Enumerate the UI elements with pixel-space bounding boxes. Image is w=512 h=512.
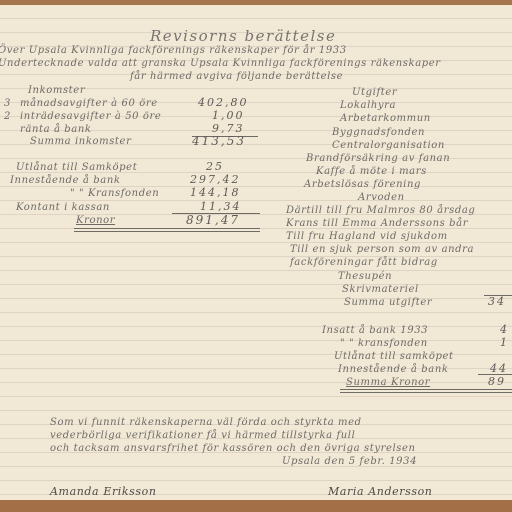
expenses-total: 34 [488,295,506,308]
income-total-label: Summa inkomster [30,136,131,147]
expense-item-2: Arbetarkommun [340,113,431,124]
expense-item-5: Brandförsäkring av fanan [306,153,450,164]
closing-amount-2: 1 [500,336,509,349]
closing-label-3: Utlånat till samköpet [334,351,454,362]
closing-amount-1: 4 [500,323,509,336]
statement-line-2: vederbörliga verifikationer få vi härmed… [50,430,355,441]
expense-item-9: Därtill till fru Malmros 80 årsdag [286,205,475,216]
closing-total: 89 [488,375,506,388]
signature-2: Maria Andersson [328,485,433,498]
income-label-3: ränta å bank [20,124,92,135]
closing-double-rule-1 [340,389,512,390]
expense-item-7: Arbetslösas förening [304,179,421,190]
closing-label-2: " " kransfonden [340,338,428,349]
signature-1: Amanda Eriksson [50,485,157,498]
document-title: Revisorns berättelse [150,27,336,45]
income-heading: Inkomster [28,85,85,96]
balance-amount-3: 144,18 [190,186,241,199]
closing-double-rule-2 [340,392,512,393]
expense-item-13: fackföreningar fått bidrag [290,257,438,268]
statement-line-1: Som vi funnit räkenskaperna väl förda oc… [50,417,362,428]
balance-double-rule-2 [74,231,260,232]
income-total: 413,53 [192,134,246,148]
expense-item-8: Arvoden [358,192,405,203]
income-amount-1: 402,80 [198,96,249,109]
expense-item-10: Krans till Emma Anderssons bår [286,218,468,229]
expenses-total-label: Summa utgifter [344,297,432,308]
income-label-1: månadsavgifter à 60 öre [20,98,158,109]
balance-double-rule-1 [74,228,260,229]
expenses-heading: Utgifter [352,87,397,98]
expense-item-1: Lokalhyra [340,100,396,111]
intro-line-3: får härmed avgiva följande berättelse [130,71,343,82]
balance-label-2: Innestående å bank [10,175,121,186]
statement-line-3: och tacksam ansvarsfrihet för kassören o… [50,443,416,454]
income-amount-2: 1,00 [212,109,245,122]
intro-line-1: Över Upsala Kvinnliga fackförenings räke… [0,45,347,56]
expense-item-15: Skrivmateriel [342,284,419,295]
balance-label-1: Utlånat till Samköpet [16,162,137,173]
balance-amount-1: 25 [206,160,224,173]
income-qty-1: 3 [4,98,11,109]
balance-total-label: Kronor [76,215,115,226]
balance-amount-2: 297,42 [190,173,241,186]
closing-total-label: Summa Kronor [346,377,430,388]
expense-item-4: Centralorganisation [332,140,445,151]
expense-item-11: Till fru Hagland vid sjukdom [286,231,448,242]
handwritten-document-page: Revisorns berättelse Över Upsala Kvinnli… [0,5,512,500]
frame-bottom-edge [0,500,512,512]
income-label-2: inträdesavgifter à 50 öre [20,111,161,122]
closing-label-4: Innestående å bank [338,364,449,375]
place-date: Upsala den 5 febr. 1934 [282,456,417,467]
balance-amount-4: 11,34 [200,200,242,213]
expense-item-3: Byggnadsfonden [332,127,425,138]
income-qty-2: 2 [4,111,11,122]
balance-label-4: Kontant i kassan [16,202,110,213]
expense-item-12: Till en sjuk person som av andra [290,244,474,255]
intro-line-2: Undertecknade valda att granska Upsala K… [0,58,441,69]
expense-item-14: Thesupén [338,271,392,282]
expense-item-6: Kaffe å möte i mars [316,166,427,177]
closing-label-1: Insatt å bank 1933 [322,325,428,336]
balance-total: 891,47 [186,213,240,227]
balance-label-3: " " Kransfonden [70,188,159,199]
